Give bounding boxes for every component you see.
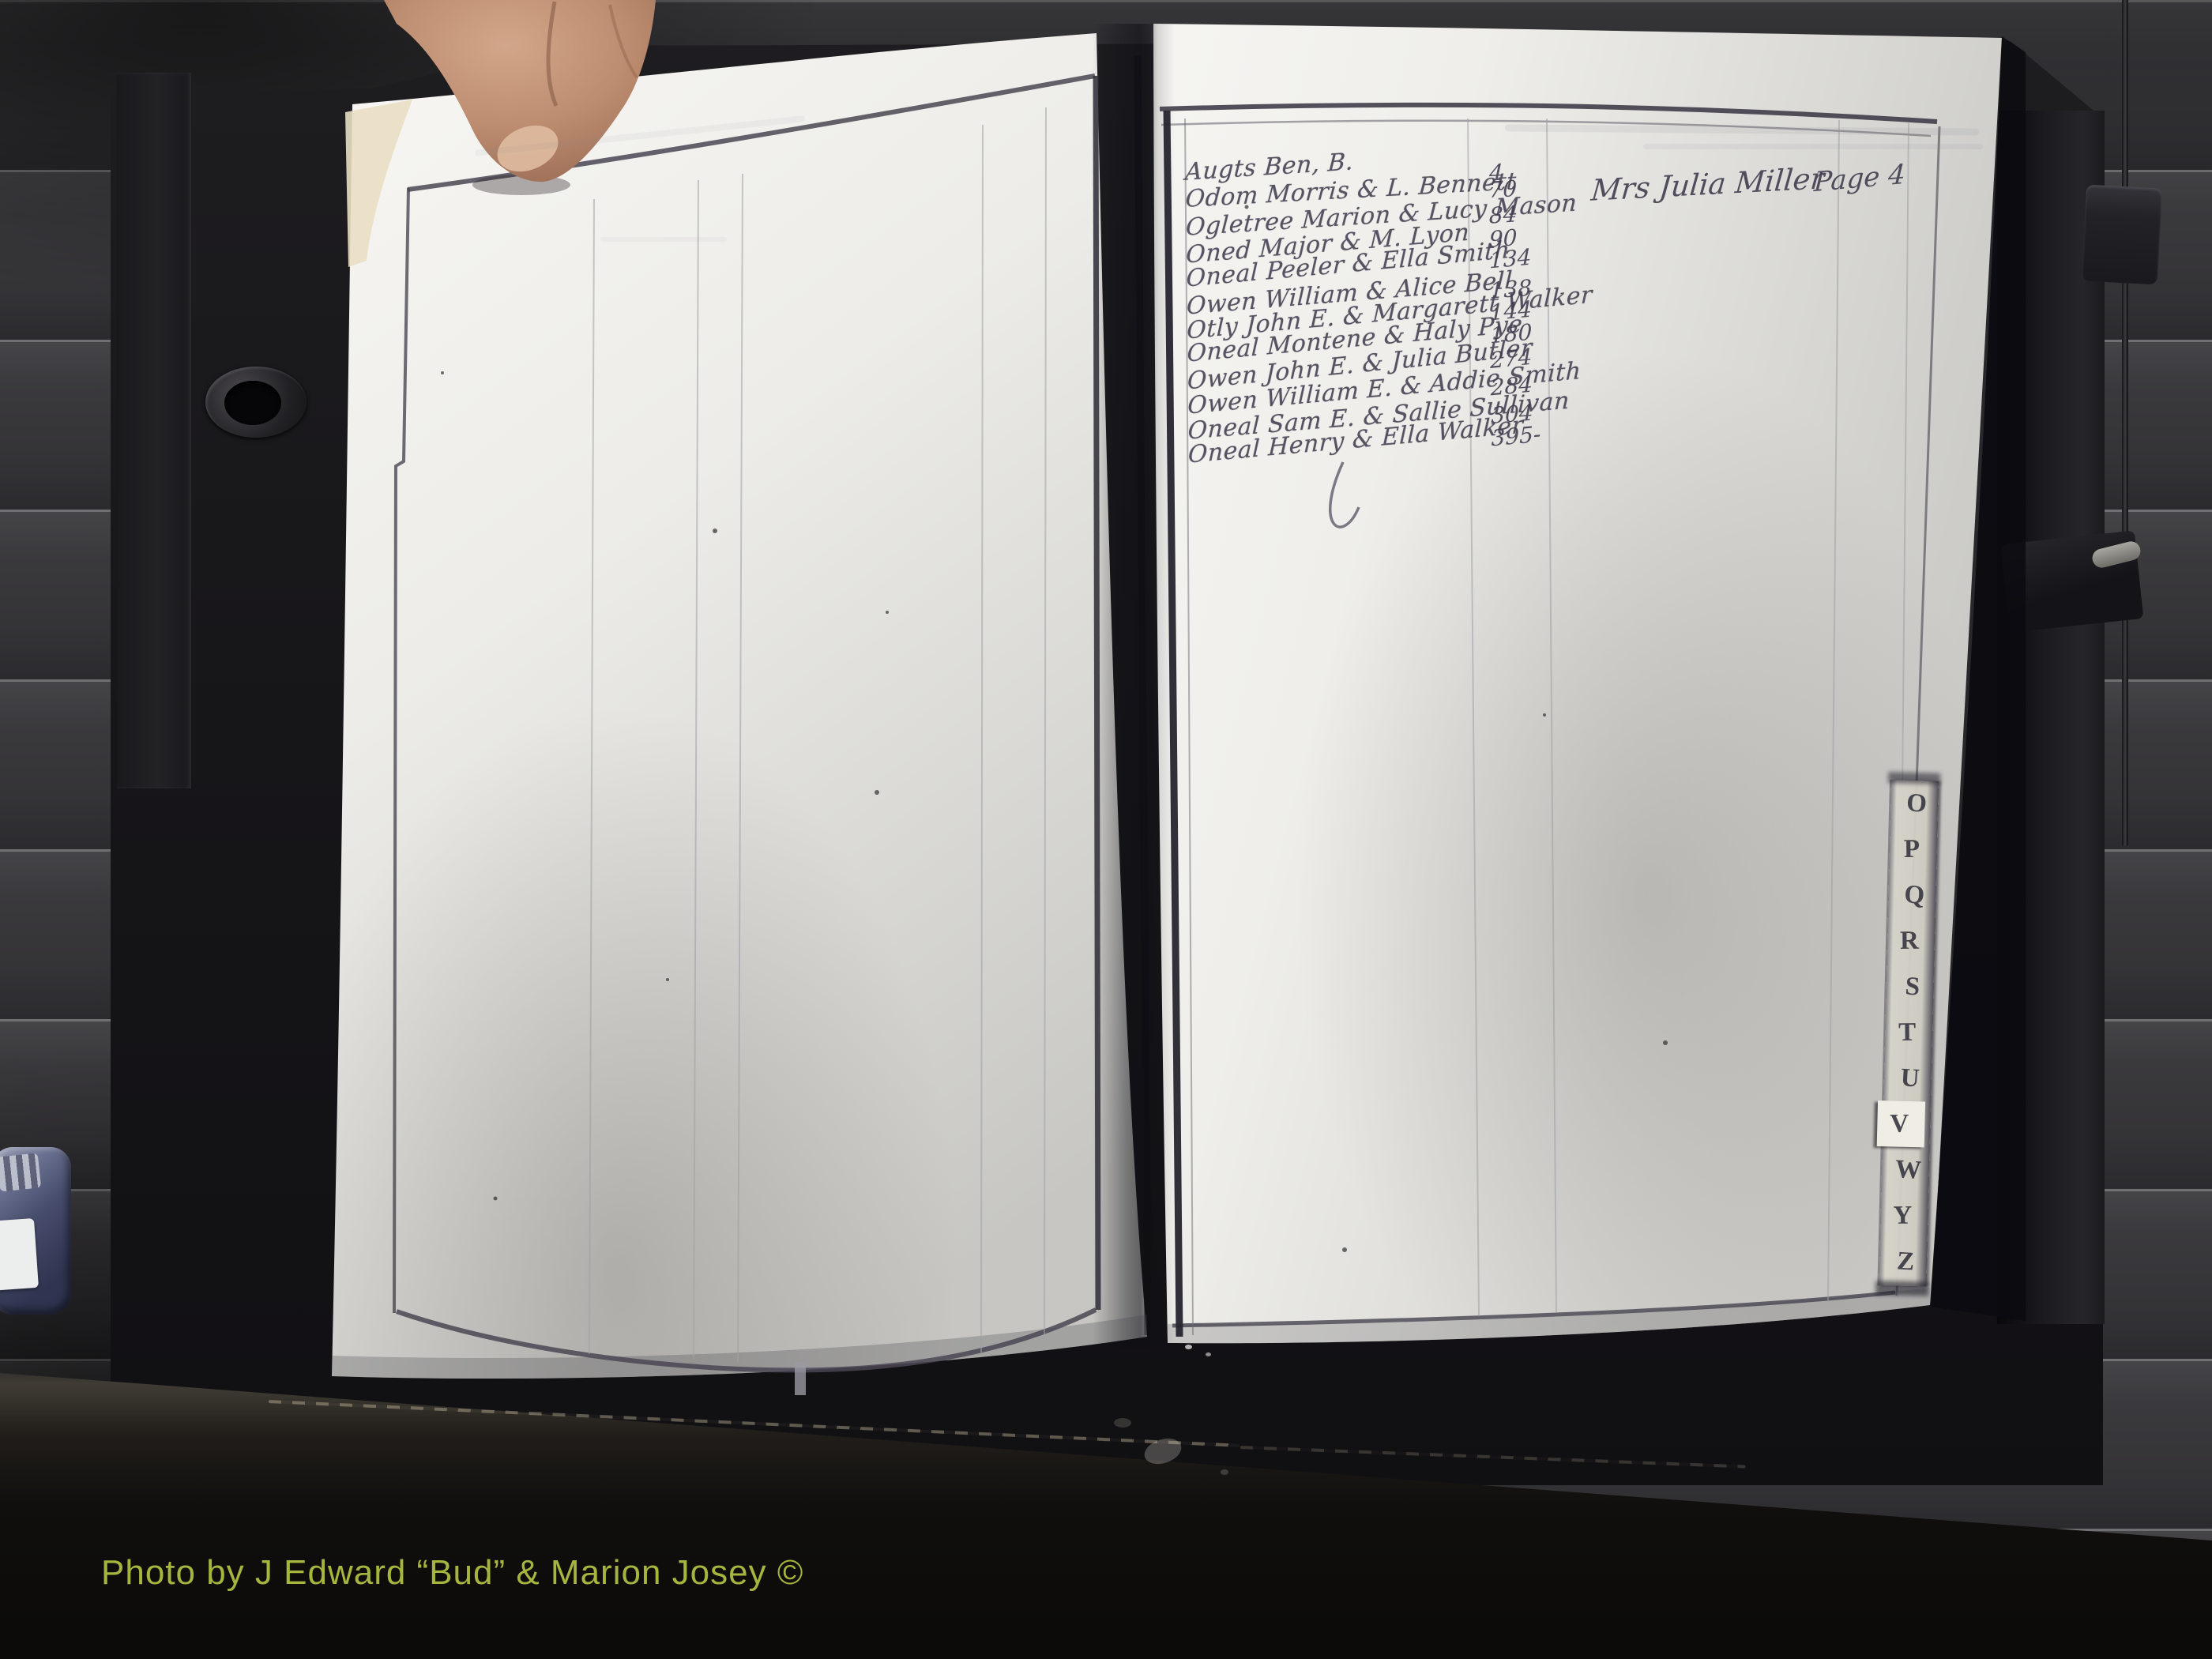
photographer-watermark: Photo by J Edward “Bud” & Marion Josey © [101,1553,803,1593]
left-page-shadow [332,33,1147,1379]
ink-bleed-smudge [600,237,727,242]
letter-tab-label: T [1898,1018,1916,1047]
bottom-border-tick [795,1362,806,1395]
letter-tab-p: P [1889,826,1937,872]
letter-tab-label: R [1900,926,1919,955]
letter-tab-label: Q [1904,880,1926,910]
letter-tab-label: O [1905,788,1928,818]
letter-tab-label: P [1904,834,1920,863]
letter-tab-label: Z [1896,1247,1915,1277]
letter-tab-t: T [1885,1009,1933,1055]
gutter-shadow [1093,24,1175,1348]
letter-tab-r: R [1887,917,1935,964]
letter-tab-label: W [1894,1154,1921,1185]
letter-tab-label: Y [1893,1201,1912,1230]
letter-tab-label: U [1900,1063,1920,1093]
letter-tab-w: W [1881,1146,1929,1193]
letter-tab-u: U [1883,1055,1932,1101]
ledger-photograph: Augts Ben, B.4Odom Morris & L. Bennett70… [0,0,2212,1659]
letter-tab-label: S [1904,972,1920,1002]
index-entry-page-number: 395- [1492,421,1541,452]
letter-tab-y: Y [1880,1192,1928,1239]
index-entries-list: Augts Ben, B.4Odom Morris & L. Bennett70… [1179,140,1973,590]
letter-tab-s: S [1886,963,1934,1010]
letter-tab-v: V [1877,1100,1925,1147]
letter-tab-o: O [1890,780,1939,826]
letter-tab-q: Q [1888,871,1936,918]
letter-tab-label: V [1890,1109,1909,1138]
letter-tab-z: Z [1879,1238,1927,1285]
